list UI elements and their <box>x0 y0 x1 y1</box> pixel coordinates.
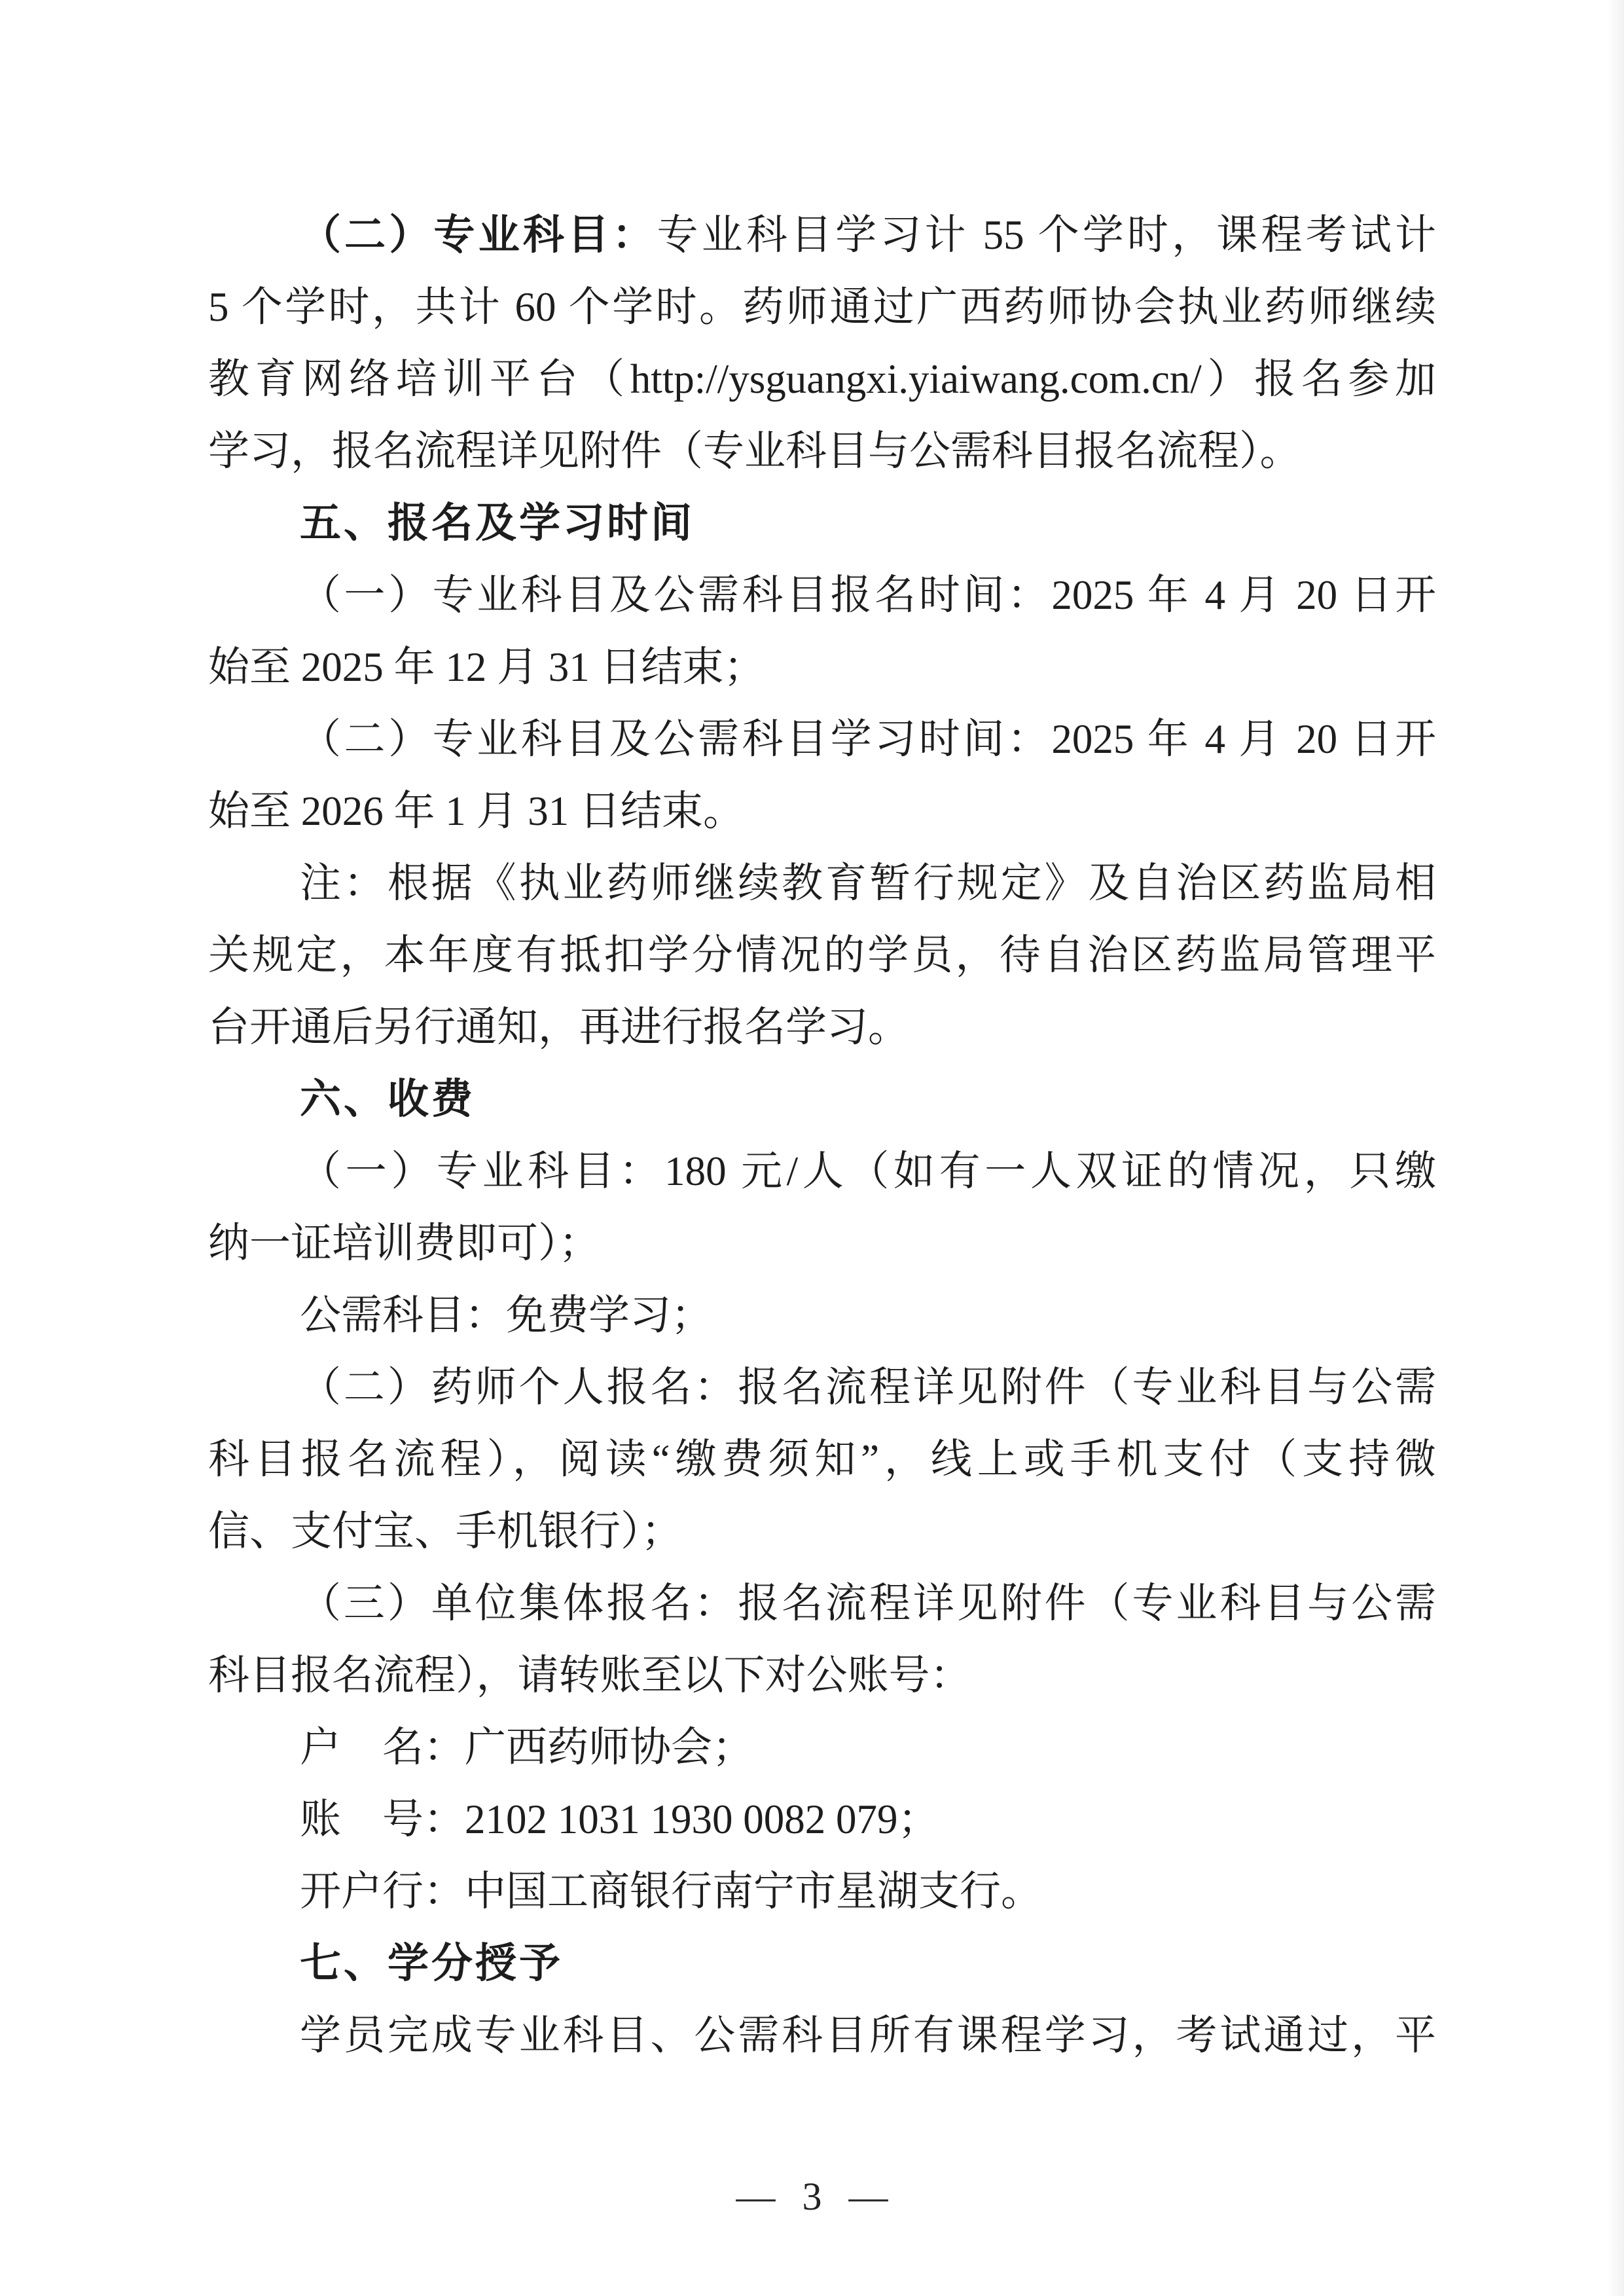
text-run: 科目报名流程），请转账至以下对公账号： <box>208 1652 971 1698</box>
text-run: 始至 2026 年 1 月 31 日结束。 <box>208 788 744 834</box>
text-run: （三）单位集体报名：报名流程详见附件（专业科目与公需 <box>300 1580 1436 1626</box>
bold-text-run: 七、学分授予 <box>300 1941 563 1986</box>
text-line: 科目报名流程），请转账至以下对公账号： <box>208 1639 1436 1711</box>
text-line: 账 号：2102 1031 1930 0082 079； <box>208 1783 1436 1855</box>
text-run: 5 个学时，共计 60 个学时。药师通过广西药师协会执业药师继续 <box>208 284 1436 330</box>
bold-text-run: （二）专业科目： <box>300 212 657 258</box>
bold-text-run: 六、收费 <box>300 1076 475 1122</box>
text-run: 学习，报名流程详见附件（专业科目与公需科目报名流程）。 <box>208 428 1301 474</box>
text-run: 信、支付宝、手机银行）； <box>208 1508 683 1554</box>
text-line: 关规定，本年度有抵扣学分情况的学员，待自治区药监局管理平 <box>208 919 1436 991</box>
scan-edge-shadow <box>1607 0 1624 2296</box>
text-line: 5 个学时，共计 60 个学时。药师通过广西药师协会执业药师继续 <box>208 271 1436 343</box>
text-line: 教育网络培训平台（http://ysguangxi.yiaiwang.com.c… <box>208 343 1436 415</box>
text-run: 注：根据《执业药师继续教育暂行规定》及自治区药监局相 <box>300 860 1436 906</box>
text-line: （二）专业科目及公需科目学习时间：2025 年 4 月 20 日开 <box>208 703 1436 775</box>
text-line: 开户行：中国工商银行南宁市星湖支行。 <box>208 1855 1436 1927</box>
text-run: （一）专业科目及公需科目报名时间：2025 年 4 月 20 日开 <box>300 572 1436 618</box>
text-run: 开户行：中国工商银行南宁市星湖支行。 <box>300 1868 1042 1914</box>
text-run: 科目报名流程），阅读“缴费须知”，线上或手机支付（支持微 <box>208 1436 1436 1482</box>
text-run: 台开通后另行通知，再进行报名学习。 <box>208 1004 909 1050</box>
bold-text-run: 五、报名及学习时间 <box>300 500 695 546</box>
text-line: 注：根据《执业药师继续教育暂行规定》及自治区药监局相 <box>208 847 1436 919</box>
text-line: 学习，报名流程详见附件（专业科目与公需科目报名流程）。 <box>208 415 1436 487</box>
section-heading: 七、学分授予 <box>208 1927 1436 1999</box>
text-run: （一）专业科目：180 元/人（如有一人双证的情况，只缴 <box>300 1148 1436 1194</box>
document-body: （二）专业科目：专业科目学习计 55 个学时，课程考试计5 个学时，共计 60 … <box>208 199 1436 2071</box>
section-heading: 六、收费 <box>208 1063 1436 1135</box>
text-line: （一）专业科目：180 元/人（如有一人双证的情况，只缴 <box>208 1135 1436 1207</box>
text-line: 始至 2025 年 12 月 31 日结束； <box>208 631 1436 703</box>
text-line: （二）专业科目：专业科目学习计 55 个学时，课程考试计 <box>208 199 1436 271</box>
section-heading: 五、报名及学习时间 <box>208 487 1436 559</box>
text-line: 台开通后另行通知，再进行报名学习。 <box>208 991 1436 1063</box>
text-run: （二）专业科目及公需科目学习时间：2025 年 4 月 20 日开 <box>300 716 1436 762</box>
text-run: 户 名：广西药师协会； <box>300 1724 753 1770</box>
page-number: — 3 — <box>0 2160 1624 2232</box>
text-run: 账 号：2102 1031 1930 0082 079； <box>300 1796 939 1842</box>
text-run: 公需科目：免费学习； <box>300 1292 712 1338</box>
text-line: 始至 2026 年 1 月 31 日结束。 <box>208 775 1436 847</box>
scanned-document-page: （二）专业科目：专业科目学习计 55 个学时，课程考试计5 个学时，共计 60 … <box>0 0 1624 2296</box>
text-line: （二）药师个人报名：报名流程详见附件（专业科目与公需 <box>208 1351 1436 1423</box>
text-line: 纳一证培训费即可）； <box>208 1207 1436 1279</box>
text-run: 学员完成专业科目、公需科目所有课程学习，考试通过，平 <box>300 2013 1436 2058</box>
text-run: （二）药师个人报名：报名流程详见附件（专业科目与公需 <box>300 1364 1436 1410</box>
text-line: 信、支付宝、手机银行）； <box>208 1495 1436 1567</box>
text-run: 教育网络培训平台（http://ysguangxi.yiaiwang.com.c… <box>208 356 1436 402</box>
text-line: （三）单位集体报名：报名流程详见附件（专业科目与公需 <box>208 1567 1436 1639</box>
text-run: 专业科目学习计 55 个学时，课程考试计 <box>657 212 1436 258</box>
text-run: 始至 2025 年 12 月 31 日结束； <box>208 644 765 690</box>
text-line: 科目报名流程），阅读“缴费须知”，线上或手机支付（支持微 <box>208 1423 1436 1495</box>
text-line: 户 名：广西药师协会； <box>208 1711 1436 1783</box>
text-run: 关规定，本年度有抵扣学分情况的学员，待自治区药监局管理平 <box>208 932 1436 978</box>
text-line: 公需科目：免费学习； <box>208 1279 1436 1351</box>
text-line: （一）专业科目及公需科目报名时间：2025 年 4 月 20 日开 <box>208 559 1436 631</box>
text-line: 学员完成专业科目、公需科目所有课程学习，考试通过，平 <box>208 1999 1436 2071</box>
text-run: 纳一证培训费即可）； <box>208 1220 600 1266</box>
